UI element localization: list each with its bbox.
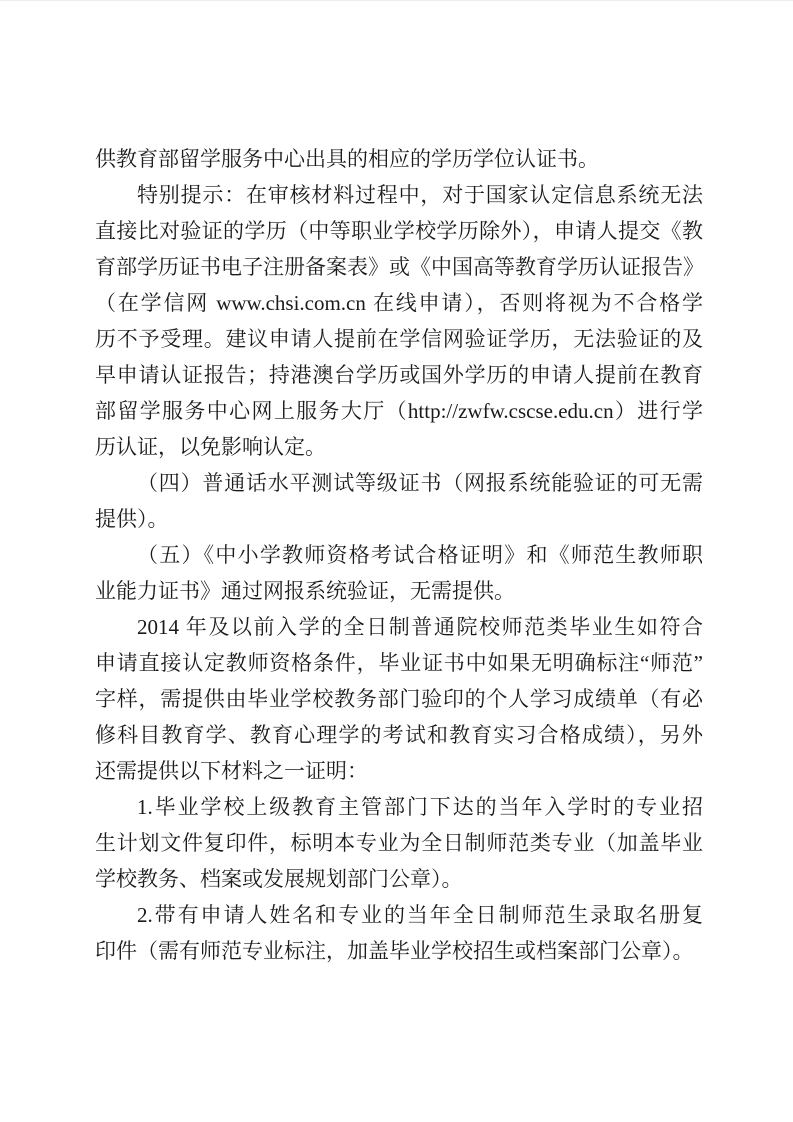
text-line: 1.毕业学校上级教育主管部门下达的当年入学时的专业招	[95, 789, 703, 825]
text-line: 历认证，以免影响认定。	[95, 429, 703, 465]
text-line: （在学信网 www.chsi.com.cn 在线申请），否则将视为不合格学	[95, 285, 703, 321]
text-line: 早申请认证报告；持港澳台学历或国外学历的申请人提前在教育	[95, 357, 703, 393]
text-line: 提供）。	[95, 501, 703, 537]
text-line: 印件（需有师范专业标注，加盖毕业学校招生或档案部门公章）。	[95, 933, 703, 969]
text-line: 业能力证书》通过网报系统验证，无需提供。	[95, 573, 703, 609]
text-line: 直接比对验证的学历（中等职业学校学历除外），申请人提交《教	[95, 213, 703, 249]
text-line: 学校教务、档案或发展规划部门公章）。	[95, 861, 703, 897]
text-line: 2014 年及以前入学的全日制普通院校师范类毕业生如符合	[95, 609, 703, 645]
text-line: 字样，需提供由毕业学校教务部门验印的个人学习成绩单（有必	[95, 681, 703, 717]
text-line: 修科目教育学、教育心理学的考试和教育实习合格成绩），另外	[95, 717, 703, 753]
text-line: 特别提示：在审核材料过程中，对于国家认定信息系统无法	[95, 177, 703, 213]
text-line: 部留学服务中心网上服务大厅（http://zwfw.cscse.edu.cn）进…	[95, 393, 703, 429]
text-line: （五）《中小学教师资格考试合格证明》和《师范生教师职	[95, 537, 703, 573]
text-line: 供教育部留学服务中心出具的相应的学历学位认证书。	[95, 141, 703, 177]
document-text-block: 供教育部留学服务中心出具的相应的学历学位认证书。 特别提示：在审核材料过程中，对…	[95, 141, 703, 969]
text-line: 还需提供以下材料之一证明：	[95, 753, 703, 789]
text-line: 历不予受理。建议申请人提前在学信网验证学历，无法验证的及	[95, 321, 703, 357]
text-line: 2.带有申请人姓名和专业的当年全日制师范生录取名册复	[95, 897, 703, 933]
text-line: （四）普通话水平测试等级证书（网报系统能验证的可无需	[95, 465, 703, 501]
document-page: 供教育部留学服务中心出具的相应的学历学位认证书。 特别提示：在审核材料过程中，对…	[0, 1, 793, 1122]
text-line: 育部学历证书电子注册备案表》或《中国高等教育学历认证报告》	[95, 249, 703, 285]
text-line: 生计划文件复印件，标明本专业为全日制师范类专业（加盖毕业	[95, 825, 703, 861]
text-line: 申请直接认定教师资格条件，毕业证书中如果无明确标注“师范”	[95, 645, 703, 681]
